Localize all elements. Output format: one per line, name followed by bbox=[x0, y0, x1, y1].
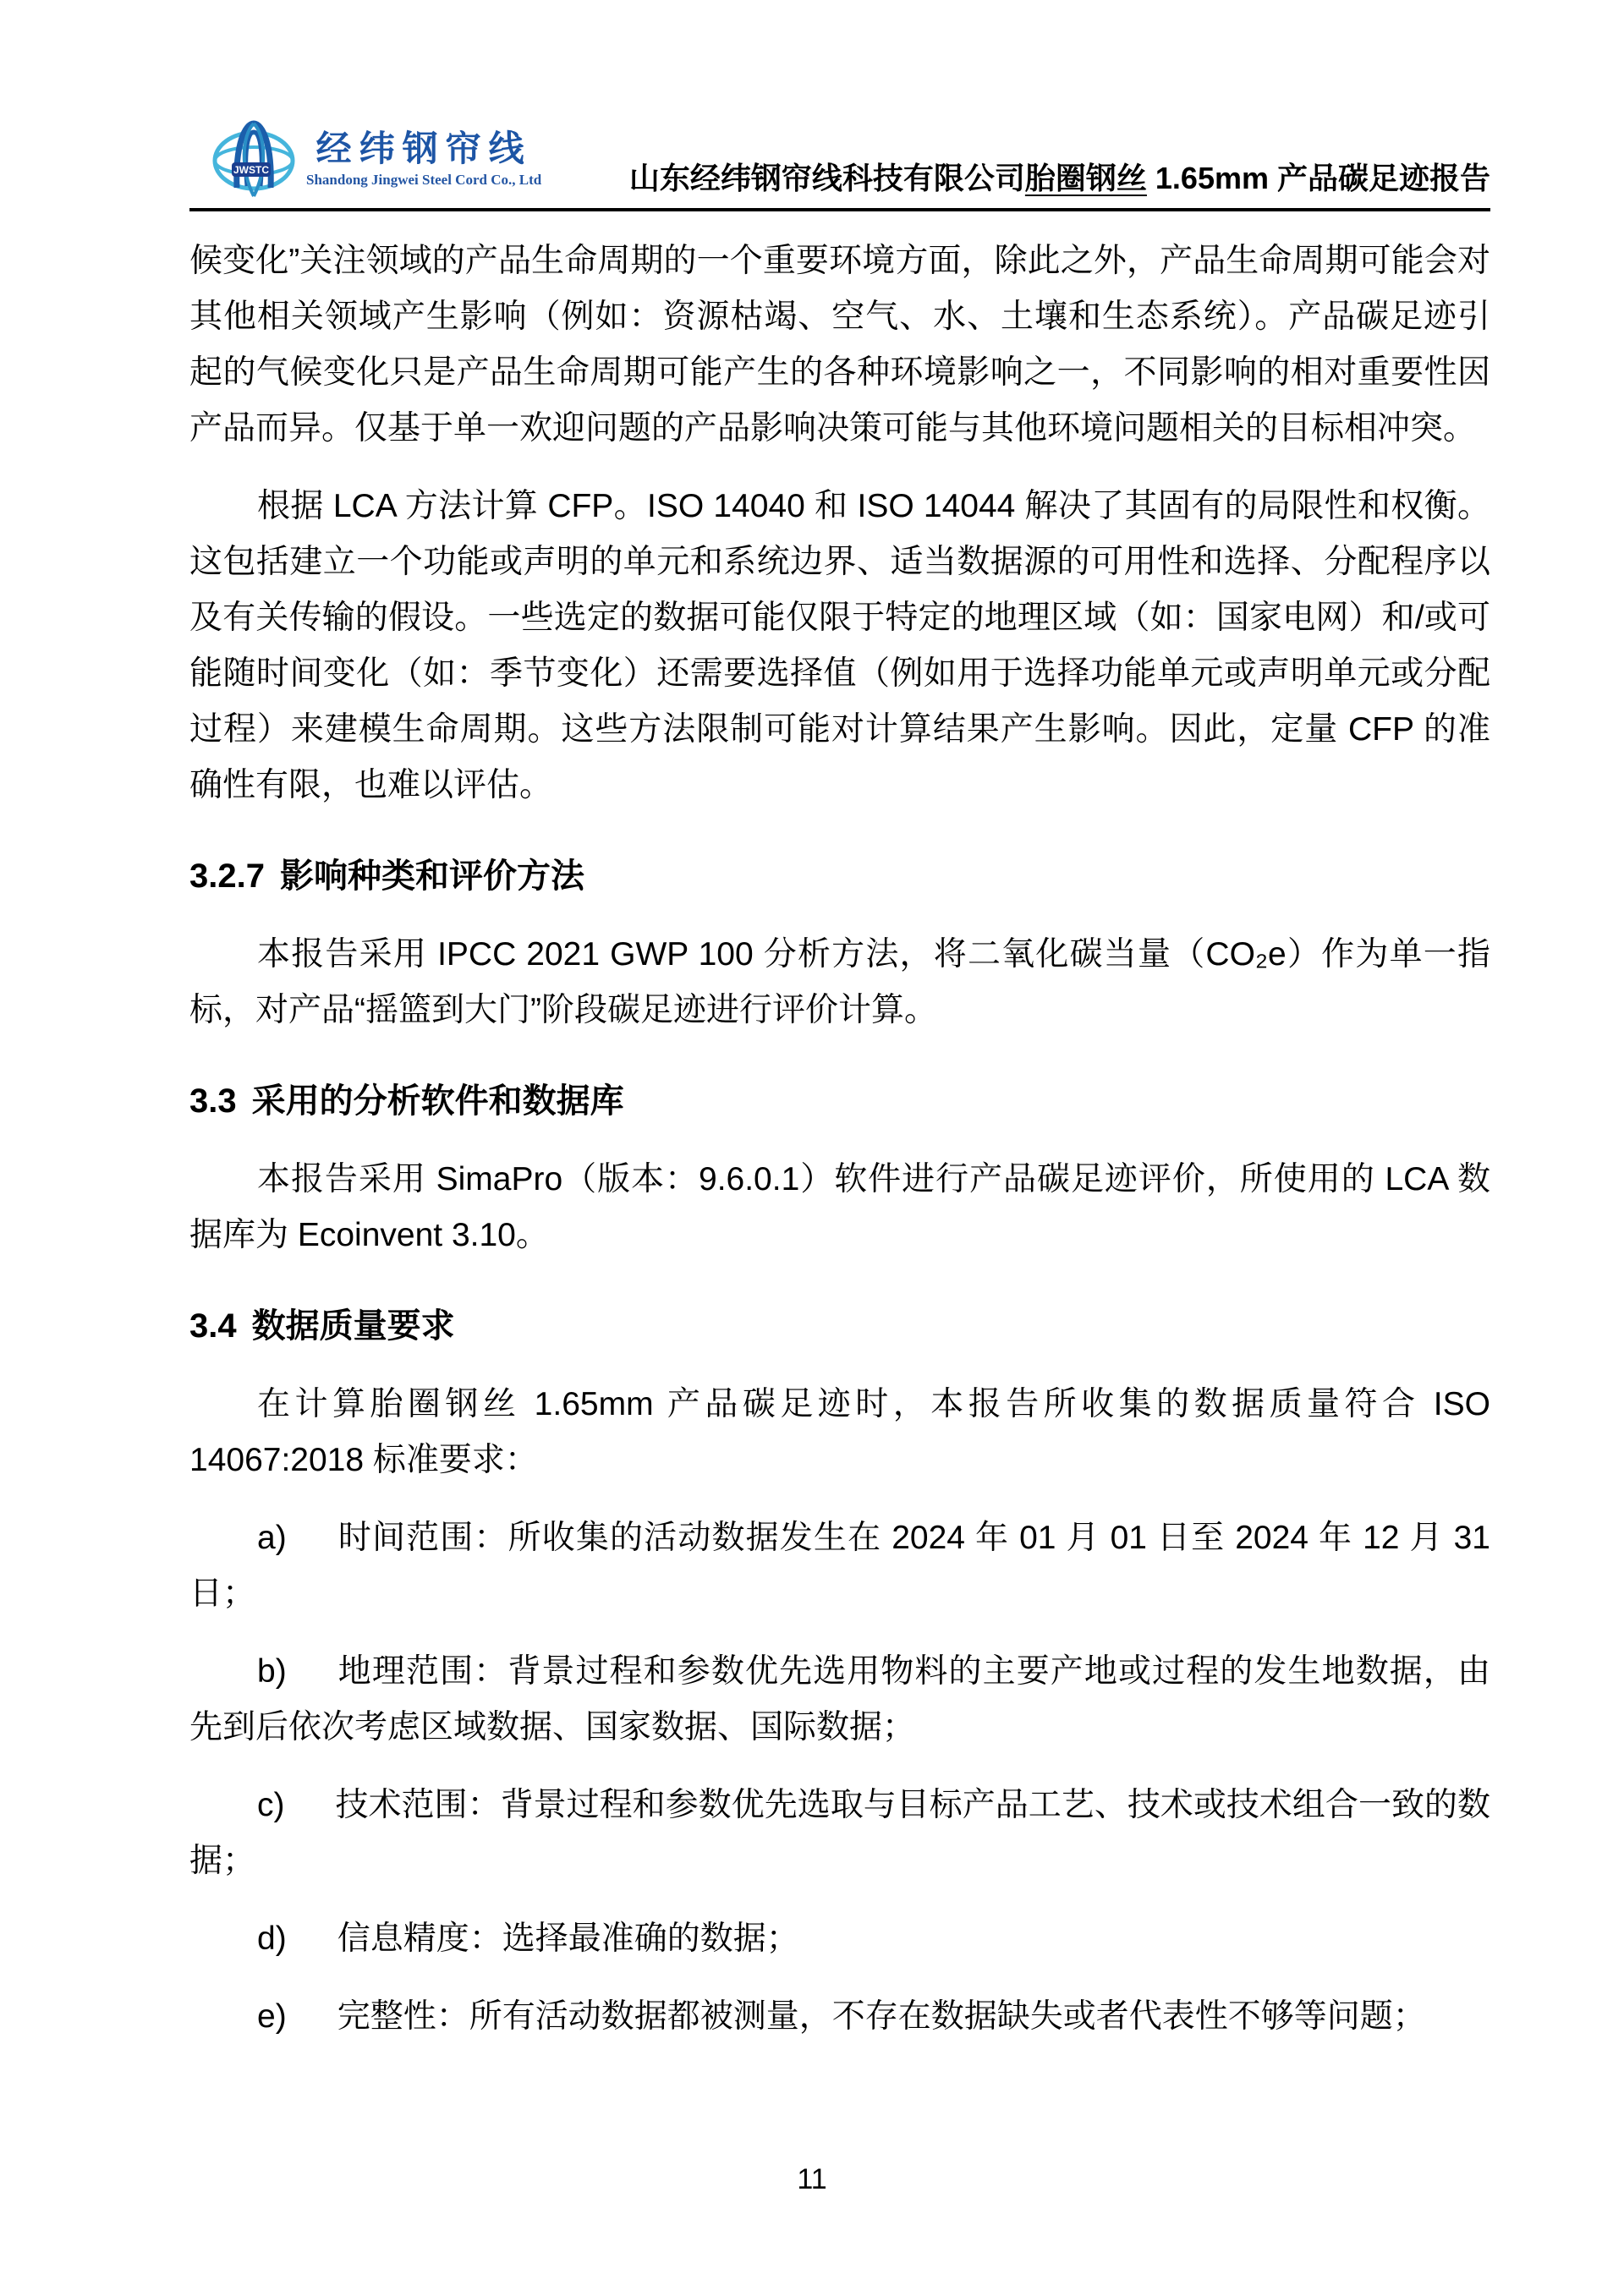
heading-3-4-number: 3.4 bbox=[189, 1307, 237, 1345]
heading-3-2-7-title: 影响种类和评价方法 bbox=[280, 858, 584, 895]
heading-3-4-title: 数据质量要求 bbox=[252, 1307, 455, 1345]
list-item-completeness: e)完整性：所有活动数据都被测量，不存在数据缺失或者代表性不够等问题； bbox=[189, 1989, 1490, 2045]
report-title-prefix: 山东经纬钢帘线科技有限公司 bbox=[629, 161, 1025, 195]
paragraph-lca-cfp-limitations: 根据 LCA 方法计算 CFP。ISO 14040 和 ISO 14044 解决… bbox=[189, 479, 1490, 814]
list-item-label-c: c) bbox=[257, 1778, 285, 1833]
document-body: 候变化”关注领域的产品生命周期的一个重要环境方面，除此之外，产品生命周期可能会对… bbox=[0, 211, 1624, 2045]
logo-globe-icon: JWSTC bbox=[210, 118, 298, 200]
logo-company-name-en: Shandong Jingwei Steel Cord Co., Ltd bbox=[306, 172, 541, 189]
list-item-text-e: 完整性：所有活动数据都被测量，不存在数据缺失或者代表性不够等问题； bbox=[337, 1998, 1426, 2035]
list-item-label-d: d) bbox=[257, 1911, 287, 1967]
list-item-label-b: b) bbox=[257, 1644, 287, 1700]
page-header: JWSTC 经纬钢帘线 Shandong Jingwei Steel Cord … bbox=[189, 118, 1490, 211]
list-item-label-e: e) bbox=[257, 1989, 287, 2045]
report-title-product-underlined: 胎圈钢丝 bbox=[1025, 161, 1147, 195]
report-title-suffix: 1.65mm 产品碳足迹报告 bbox=[1147, 161, 1490, 195]
page-footer: 11 bbox=[0, 2163, 1624, 2196]
logo-company-name-cn: 经纬钢帘线 bbox=[316, 129, 532, 168]
list-item-text-d: 信息精度：选择最准确的数据； bbox=[337, 1921, 799, 1957]
heading-3-3-title: 采用的分析软件和数据库 bbox=[252, 1082, 624, 1120]
logo-badge-text: JWSTC bbox=[233, 164, 269, 176]
paragraph-data-quality-intro: 在计算胎圈钢丝 1.65mm 产品碳足迹时，本报告所收集的数据质量符合 ISO … bbox=[189, 1377, 1490, 1488]
heading-3-2-7: 3.2.7影响种类和评价方法 bbox=[189, 856, 1490, 896]
paragraph-ipcc-gwp-method: 本报告采用 IPCC 2021 GWP 100 分析方法，将二氧化碳当量（CO₂… bbox=[189, 927, 1490, 1038]
heading-3-4: 3.4数据质量要求 bbox=[189, 1306, 1490, 1346]
list-item-text-b: 地理范围：背景过程和参数优先选用物料的主要产地或过程的发生地数据，由先到后依次考… bbox=[189, 1653, 1490, 1745]
list-item-time-scope: a)时间范围：所收集的活动数据发生在 2024 年 01 月 01 日至 202… bbox=[189, 1510, 1490, 1622]
logo-text-block: 经纬钢帘线 Shandong Jingwei Steel Cord Co., L… bbox=[306, 129, 541, 189]
heading-3-3: 3.3采用的分析软件和数据库 bbox=[189, 1081, 1490, 1121]
company-logo: JWSTC 经纬钢帘线 Shandong Jingwei Steel Cord … bbox=[210, 118, 541, 200]
list-item-text-c: 技术范围：背景过程和参数优先选取与目标产品工艺、技术或技术组合一致的数据； bbox=[189, 1787, 1490, 1879]
report-title: 山东经纬钢帘线科技有限公司胎圈钢丝 1.65mm 产品碳足迹报告 bbox=[629, 160, 1490, 200]
page-number: 11 bbox=[0, 2163, 1624, 2196]
heading-3-2-7-number: 3.2.7 bbox=[189, 858, 265, 895]
list-item-label-a: a) bbox=[257, 1510, 287, 1566]
heading-3-3-number: 3.3 bbox=[189, 1082, 237, 1120]
list-item-geographic-scope: b)地理范围：背景过程和参数优先选用物料的主要产地或过程的发生地数据，由先到后依… bbox=[189, 1644, 1490, 1756]
paragraph-climate-change-impact: 候变化”关注领域的产品生命周期的一个重要环境方面，除此之外，产品生命周期可能会对… bbox=[189, 233, 1490, 457]
list-item-text-a: 时间范围：所收集的活动数据发生在 2024 年 01 月 01 日至 2024 … bbox=[189, 1520, 1490, 1612]
document-page: JWSTC 经纬钢帘线 Shandong Jingwei Steel Cord … bbox=[0, 0, 1624, 2296]
list-item-technical-scope: c)技术范围：背景过程和参数优先选取与目标产品工艺、技术或技术组合一致的数据； bbox=[189, 1778, 1490, 1889]
list-item-information-precision: d)信息精度：选择最准确的数据； bbox=[189, 1911, 1490, 1967]
paragraph-simapro-software: 本报告采用 SimaPro（版本：9.6.0.1）软件进行产品碳足迹评价，所使用… bbox=[189, 1152, 1490, 1263]
